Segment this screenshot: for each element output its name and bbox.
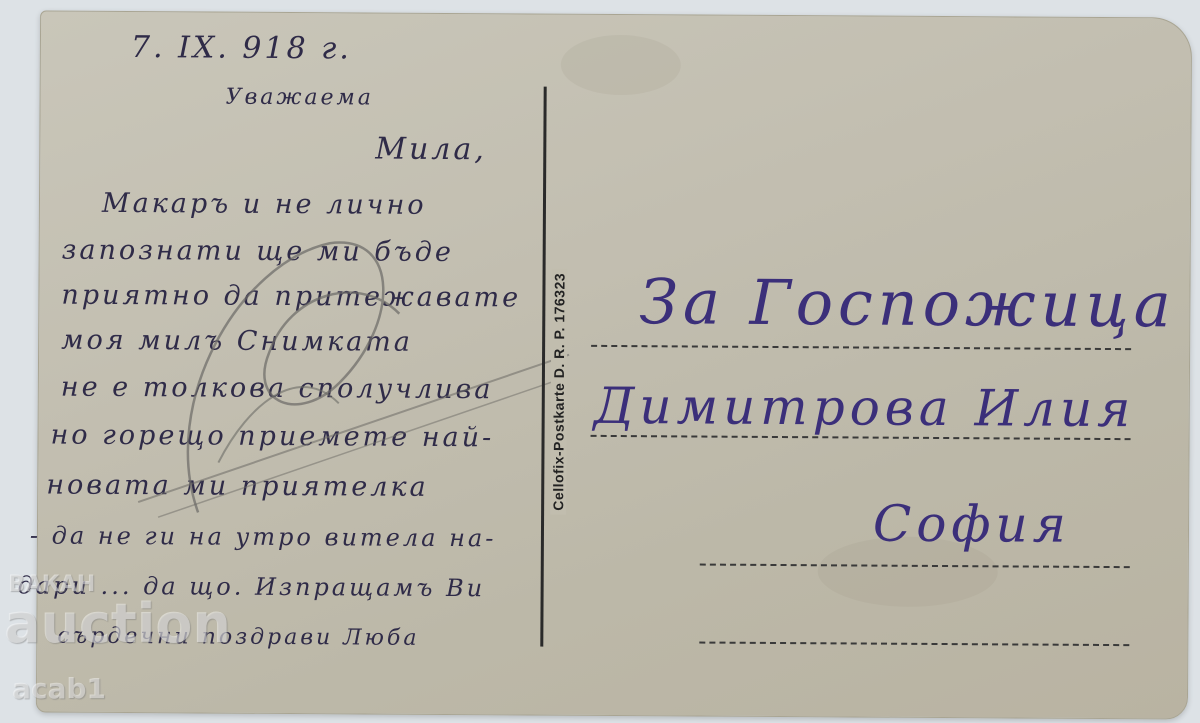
message-salutation-1: Уважаема	[226, 85, 374, 111]
address-recipient-line2: Димитрова Илия	[594, 377, 1136, 438]
message-date: 7. IX. 918 г.	[131, 30, 352, 66]
address-city: София	[873, 495, 1071, 554]
address-line-1	[591, 345, 1131, 350]
paper-stain	[561, 35, 681, 96]
message-line: моя милъ Снимката	[61, 325, 413, 358]
message-line: новата ми приятелка	[46, 470, 429, 503]
message-line: - да не ги на утро витела на-	[30, 521, 497, 552]
vertical-divider	[540, 87, 546, 647]
address-recipient-line1: За Госпожица	[639, 265, 1176, 341]
message-line: но горещо приемете най-	[50, 420, 494, 454]
message-salutation-2: Мила,	[375, 132, 487, 168]
postcard-imprint: Cellofix-Postkarte D. R. P. 176323	[550, 269, 568, 515]
address-line-4	[699, 642, 1129, 647]
message-line: запознати ще ми бъде	[62, 235, 454, 268]
message-line: приятно да притежавате	[61, 280, 521, 314]
message-line: не е толкова сполучлива	[61, 372, 494, 406]
watermark-text: acab1	[12, 672, 106, 705]
message-line: Макаръ и не лично	[102, 188, 427, 221]
watermark-logo: auction	[4, 592, 231, 655]
